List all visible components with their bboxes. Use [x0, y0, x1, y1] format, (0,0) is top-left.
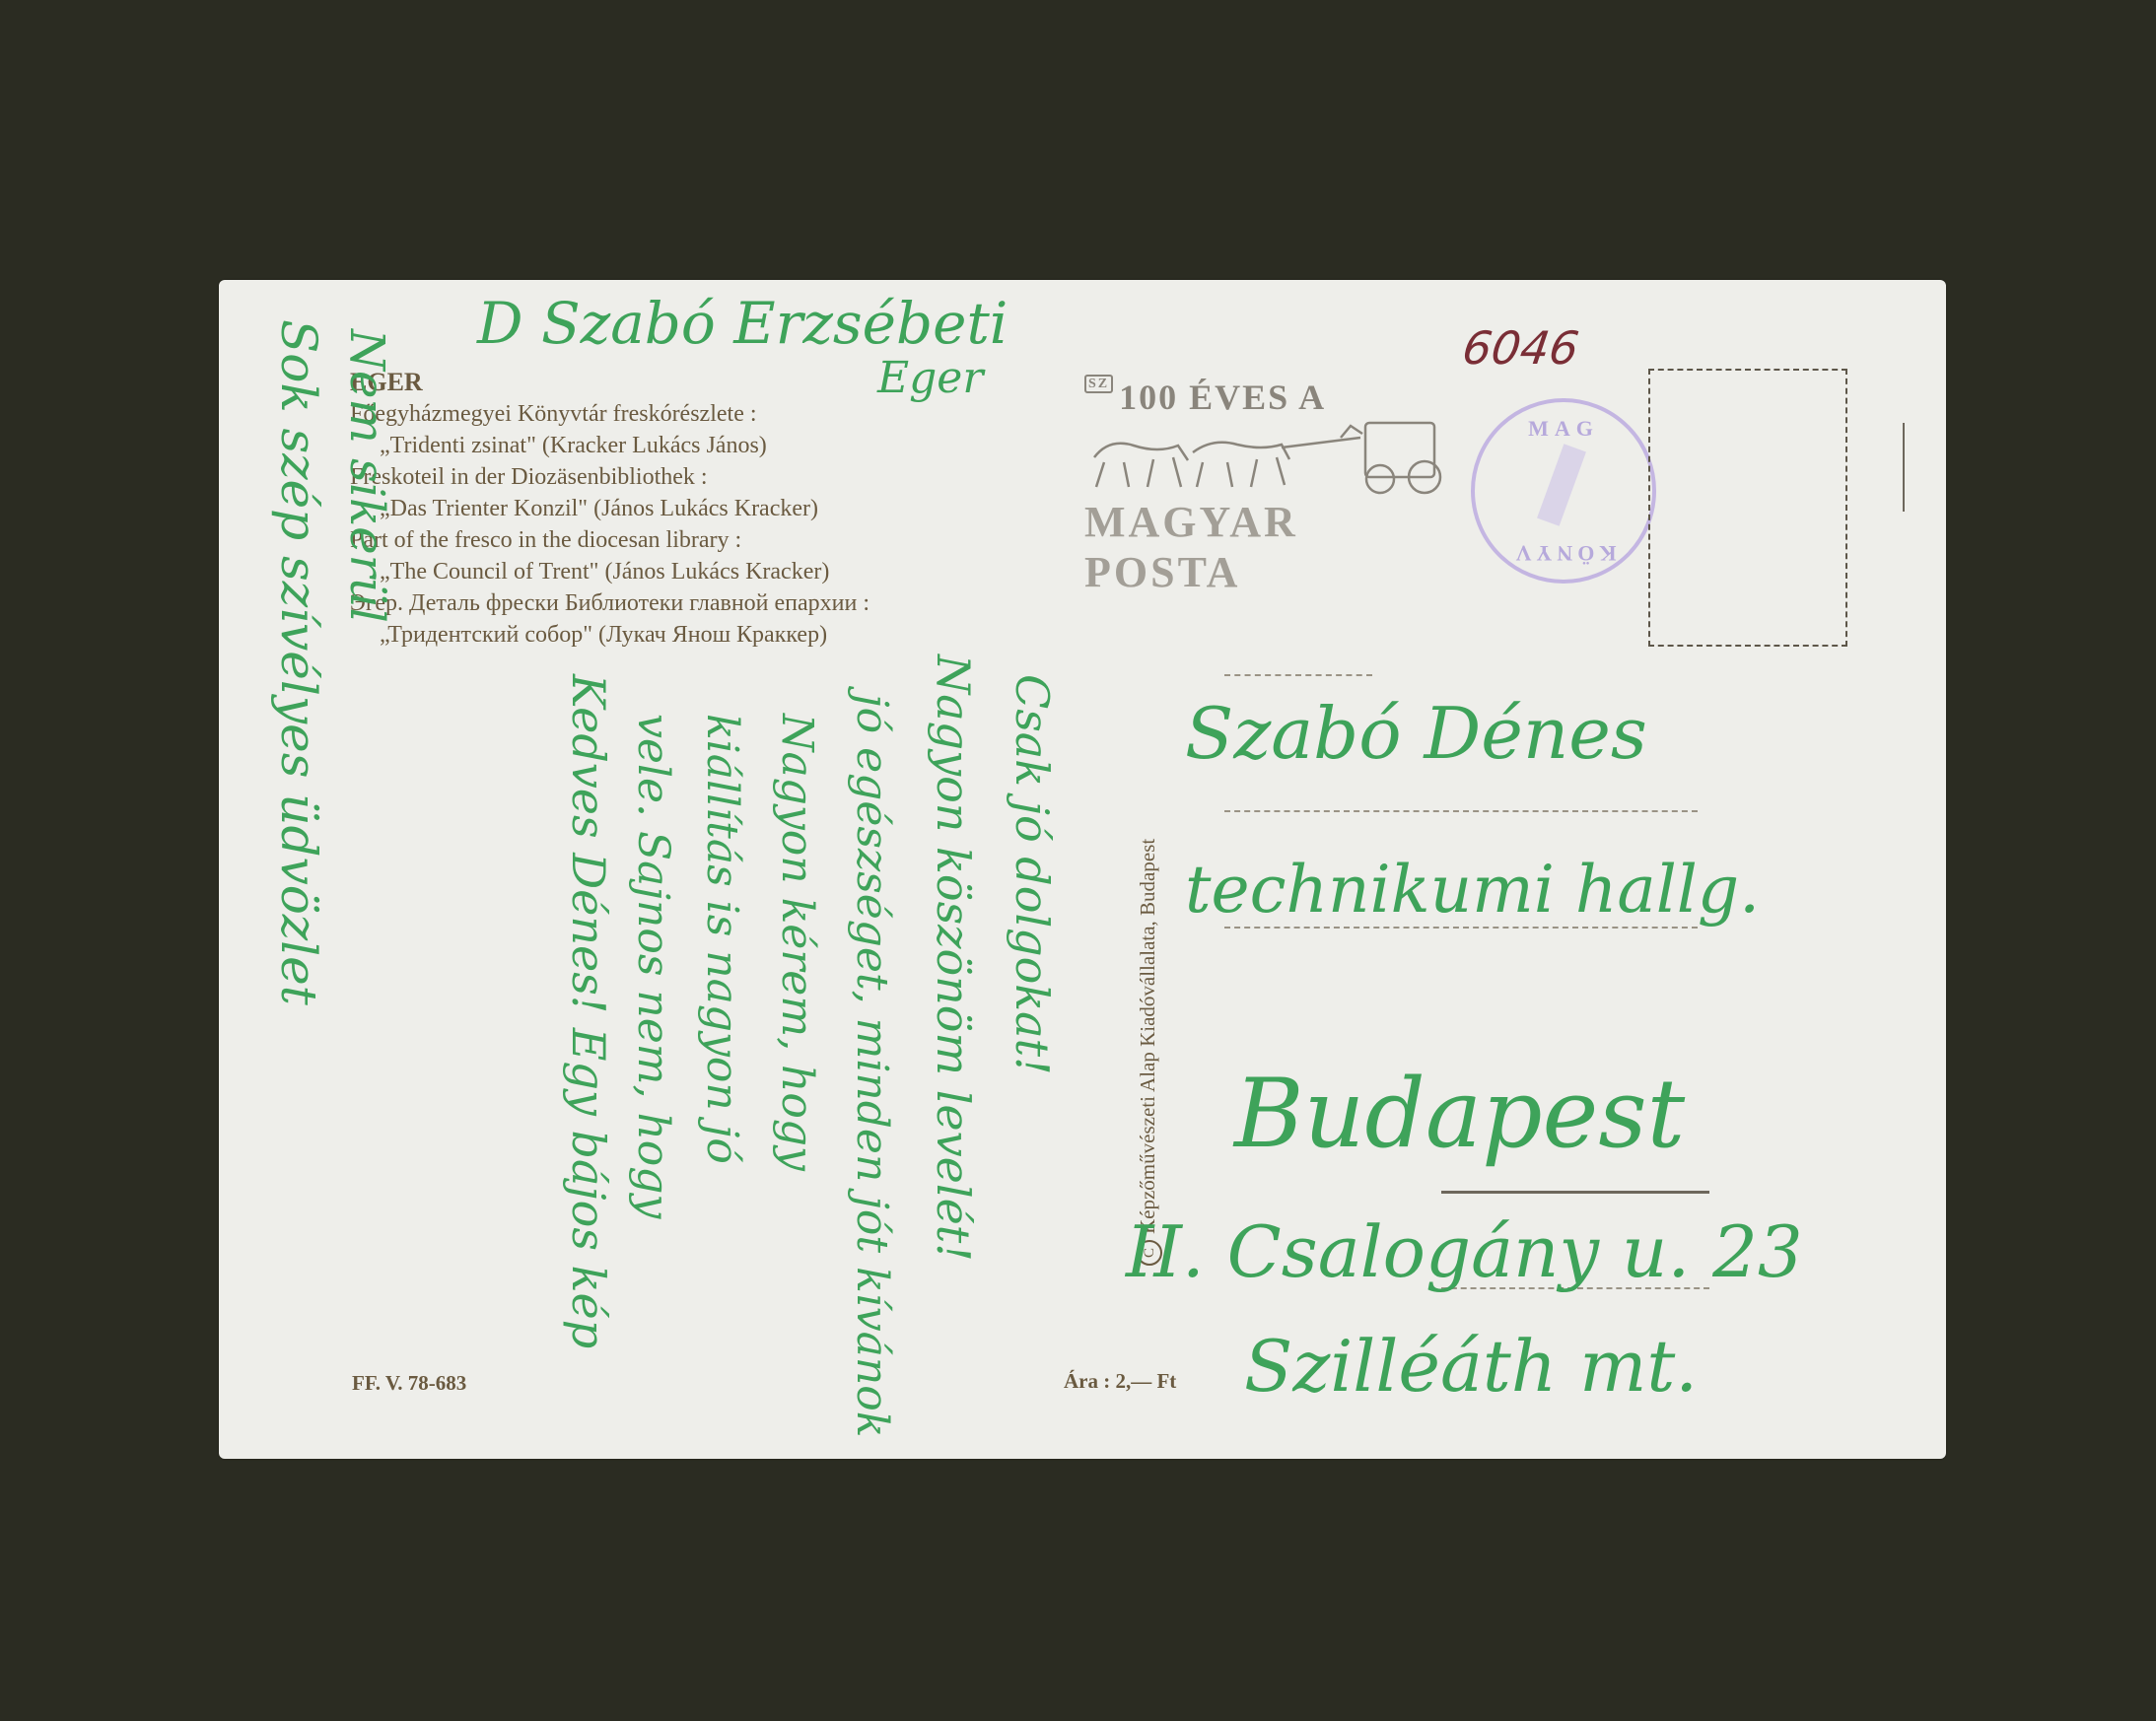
recipient-city: Budapest: [1234, 1059, 1685, 1169]
message-column-1: Sok szép szívélyes üdvözlet: [270, 319, 327, 1005]
caption-line-ru: Эгер. Деталь фрески Библиотеки главной е…: [350, 587, 869, 619]
caption-title-en: „The Council of Trent" (János Lukács Kra…: [350, 556, 869, 587]
recipient-note: Szilléáth mt.: [1244, 1325, 1698, 1408]
catalog-number: 6046: [1459, 321, 1582, 375]
postmark-ring-top: MAG: [1475, 416, 1652, 442]
publisher-name: Képzőművészeti Alap Kiadóvállalata, Buda…: [1136, 839, 1159, 1234]
message-column-8: Nagyon köszönöm levelét!: [927, 654, 980, 1262]
stamp-placeholder-box: [1648, 369, 1847, 647]
caption-title-ru: „Тридентский собор" (Лукач Янош Краккер): [350, 619, 869, 651]
mail-coach-icon: [1084, 418, 1449, 497]
message-column-3: Kedves Dénes! Egy bájos kép: [562, 674, 615, 1348]
recipient-title: technikumi hallg.: [1185, 852, 1760, 928]
address-line-1-start: [1224, 674, 1372, 676]
message-column-6: Nagyon kérem, hogy: [772, 714, 822, 1171]
printed-caption: EGER Főegyházmegyei Könyvtár freskórészl…: [350, 367, 869, 651]
message-column-7: jó egészséget, minden jót kívánok: [847, 694, 897, 1437]
handwritten-sender: D Szabó Erzsébeti: [477, 290, 1008, 357]
message-column-4: vele. Sajnos nem, hogy: [628, 714, 678, 1218]
caption-city: EGER: [350, 367, 869, 398]
address-line-city: [1441, 1191, 1709, 1194]
cancellation-top: SZ100 ÉVES A: [1084, 377, 1326, 418]
address-line-1: [1224, 810, 1698, 812]
message-column-5: kiállítás is nagyon jó: [697, 714, 747, 1164]
postmark-ring-bottom: KÖNYV: [1475, 540, 1652, 566]
caption-line-en: Part of the fresco in the diocesan libra…: [350, 524, 869, 556]
postmark-date: [1537, 444, 1586, 525]
print-code: FF. V. 78-683: [352, 1371, 466, 1396]
message-column-9: Csak jó dolgokat!: [1006, 674, 1059, 1075]
edge-mark: [1903, 423, 1905, 512]
slogan-cancellation: SZ100 ÉVES A MAGYAR POSTA: [1084, 375, 1459, 572]
postmark-stamp: MAG KÖNYV: [1471, 398, 1656, 584]
caption-line-hu: Főegyházmegyei Könyvtár freskórészlete :: [350, 398, 869, 430]
cancellation-bottom: MAGYAR POSTA: [1084, 497, 1459, 597]
recipient-name: Szabó Dénes: [1185, 692, 1647, 775]
recipient-street: II. Csalogány u. 23: [1126, 1210, 1803, 1293]
postcard-back: EGER Főegyházmegyei Könyvtár freskórészl…: [219, 280, 1946, 1459]
caption-title-de: „Das Trienter Konzil" (János Lukács Krac…: [350, 493, 869, 524]
caption-title-hu: „Tridenti zsinat" (Kracker Lukács János): [350, 430, 869, 461]
publisher-imprint: CKépzőművészeti Alap Kiadóvállalata, Bud…: [1136, 839, 1162, 1266]
message-column-2: Nem sikerül: [339, 329, 394, 623]
caption-line-de: Freskoteil in der Diozäsenbibliothek :: [350, 461, 869, 493]
cancellation-badge: SZ: [1084, 375, 1113, 393]
price-label: Ára : 2,— Ft: [1064, 1369, 1176, 1394]
handwritten-sender-city: Eger: [877, 353, 983, 403]
